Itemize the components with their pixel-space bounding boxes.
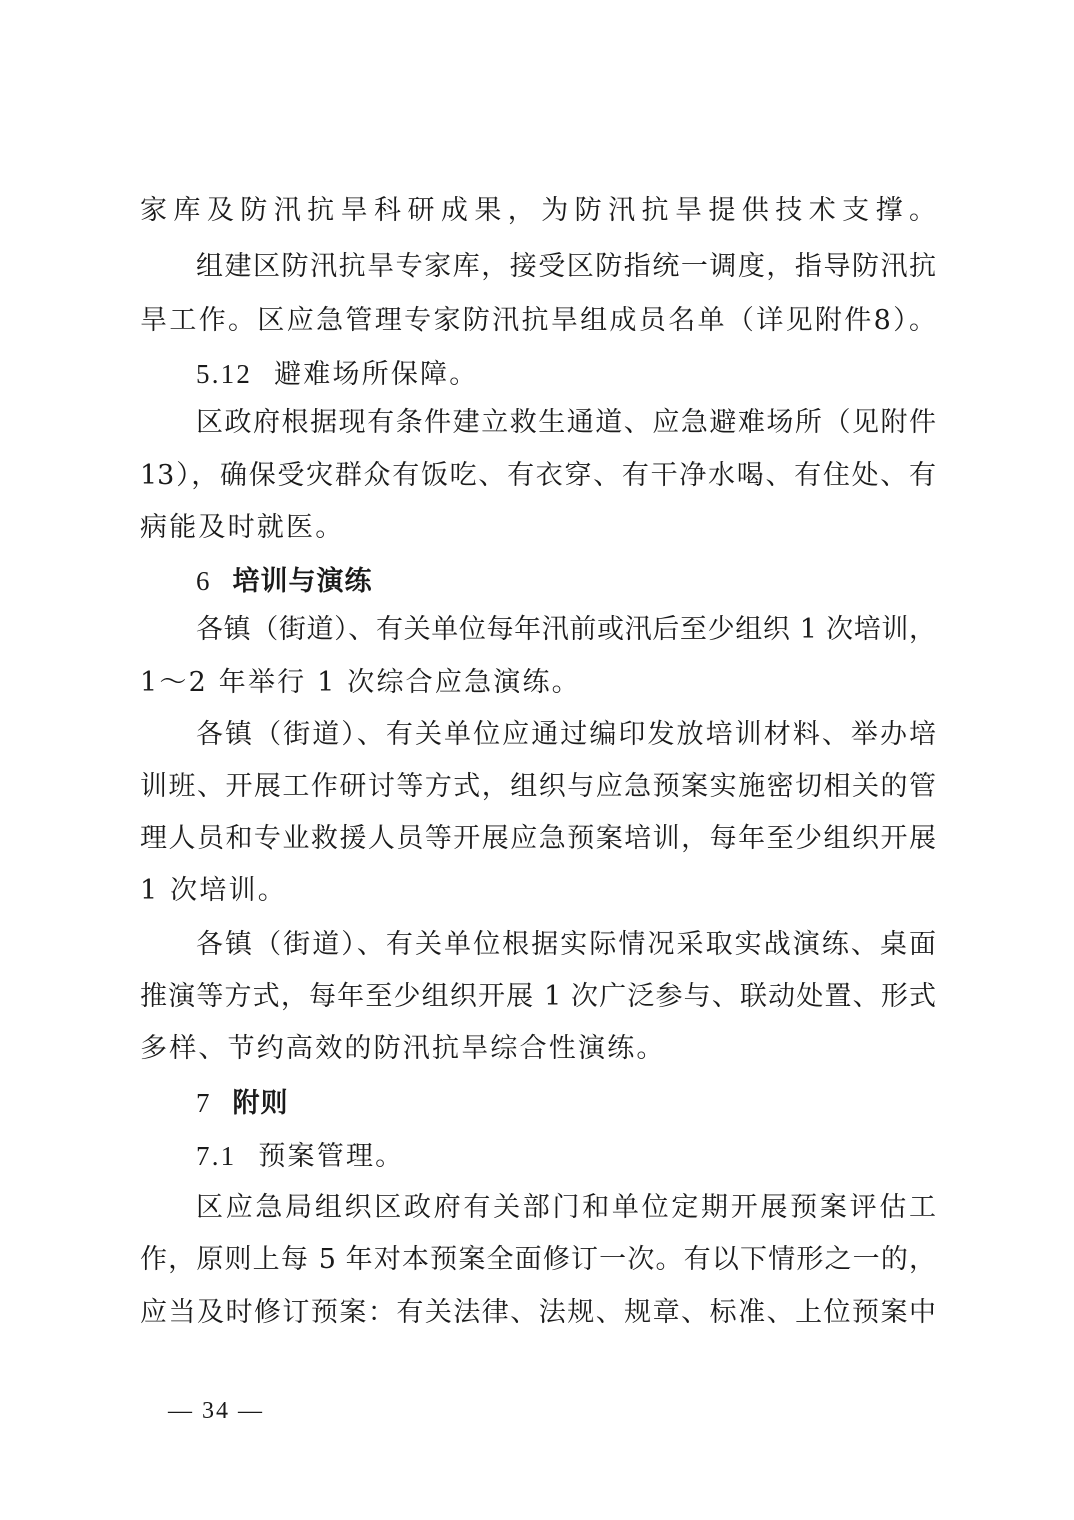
section-5-12-heading: 5.12避难场所保障。 xyxy=(196,356,936,393)
paragraph-line: 应当及时修订预案：有关法律、法规、规章、标准、上位预案中 xyxy=(140,1295,936,1331)
paragraph-line: 家库及防汛抗旱科研成果，为防汛抗旱提供技术支撑。 xyxy=(140,193,936,229)
section-number: 5.12 xyxy=(196,356,252,392)
paragraph-line: 区应急局组织区政府有关部门和单位定期开展预案评估工 xyxy=(196,1190,936,1226)
section-title: 避难场所保障。 xyxy=(274,359,478,390)
section-6-heading: 6培训与演练 xyxy=(196,563,936,600)
paragraph-line: 各镇（街道）、有关单位应通过编印发放培训材料、举办培 xyxy=(196,717,936,753)
section-title: 附则 xyxy=(233,1088,289,1119)
page-number: — 34 — xyxy=(168,1398,264,1425)
paragraph-line: 各镇（街道）、有关单位根据实际情况采取实战演练、桌面 xyxy=(196,927,936,963)
paragraph-line: 1～2 年举行 1 次综合应急演练。 xyxy=(140,665,936,701)
paragraph-line: 区政府根据现有条件建立救生通道、应急避难场所（见附件 xyxy=(196,405,936,441)
paragraph-line: 病能及时就医。 xyxy=(140,510,936,546)
section-number: 6 xyxy=(196,563,211,599)
section-title: 培训与演练 xyxy=(233,566,373,597)
paragraph-line: 旱工作。区应急管理专家防汛抗旱组成员名单（详见附件8）。 xyxy=(140,303,936,339)
section-title: 预案管理。 xyxy=(258,1141,404,1172)
section-number: 7 xyxy=(196,1085,211,1121)
section-7-1-heading: 7.1预案管理。 xyxy=(196,1138,936,1175)
paragraph-line: 多样、节约高效的防汛抗旱综合性演练。 xyxy=(140,1031,936,1067)
paragraph-line: 理人员和专业救援人员等开展应急预案培训，每年至少组织开展 xyxy=(140,821,936,857)
paragraph-line: 作，原则上每 5 年对本预案全面修订一次。有以下情形之一的， xyxy=(140,1242,936,1278)
paragraph-line: 各镇（街道）、有关单位每年汛前或汛后至少组织 1 次培训， xyxy=(196,612,936,648)
paragraph-line: 13），确保受灾群众有饭吃、有衣穿、有干净水喝、有住处、有 xyxy=(140,458,936,494)
paragraph-line: 1 次培训。 xyxy=(140,873,936,909)
section-7-heading: 7附则 xyxy=(196,1085,936,1122)
section-number: 7.1 xyxy=(196,1138,236,1174)
paragraph-line: 推演等方式，每年至少组织开展 1 次广泛参与、联动处置、形式 xyxy=(140,979,936,1015)
paragraph-line: 组建区防汛抗旱专家库，接受区防指统一调度，指导防汛抗 xyxy=(196,249,936,285)
paragraph-line: 训班、开展工作研讨等方式，组织与应急预案实施密切相关的管 xyxy=(140,769,936,805)
